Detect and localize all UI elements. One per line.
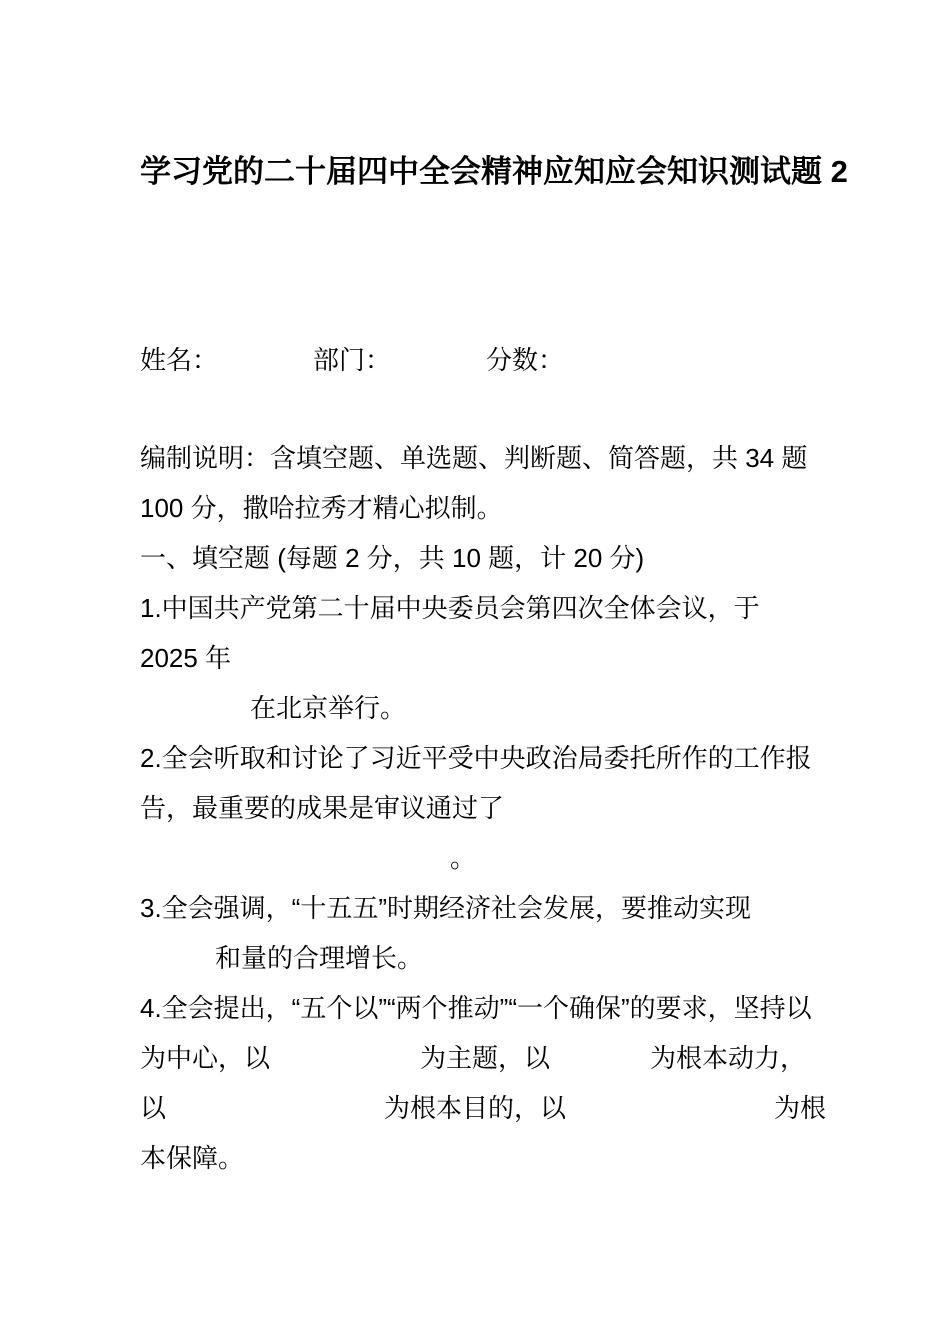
- question4-line-2-seg-c: 为根本动力，: [650, 1043, 806, 1073]
- question4-line-3-seg-c: 为根: [774, 1093, 826, 1123]
- name-field-label: 姓名：: [140, 345, 218, 375]
- question1-line-1: 1.中国共产党第二十届中央委员会第四次全体会议，于: [140, 583, 814, 633]
- score-field-label: 分数：: [486, 345, 564, 375]
- question4-line-3-seg-a: 以: [140, 1093, 166, 1123]
- question3-line-1: 3.全会强调，“十五五”时期经济社会发展，要推动实现: [140, 883, 814, 933]
- header-fields-row: 姓名：部门：分数：: [140, 335, 814, 385]
- question2-line-1: 2.全会听取和讨论了习近平受中央政治局委托所作的工作报: [140, 733, 814, 783]
- department-field-label: 部门：: [313, 345, 391, 375]
- intro-line-1: 编制说明：含填空题、单选题、判断题、简答题，共 34 题: [140, 433, 814, 483]
- question2-line-3: 。: [140, 833, 814, 883]
- question4-line-2-seg-a: 为中心，以: [140, 1043, 270, 1073]
- intro-line-2: 100 分，撒哈拉秀才精心拟制。: [140, 483, 814, 533]
- question2-line-2: 告，最重要的成果是审议通过了: [140, 783, 814, 833]
- document-title: 学习党的二十届四中全会精神应知应会知识测试题 2: [140, 150, 814, 194]
- question1-line-3: 在北京举行。: [140, 683, 814, 733]
- question4-line-2: 为中心，以为主题，以为根本动力，: [140, 1033, 814, 1083]
- question4-line-3: 以为根本目的，以为根: [140, 1083, 814, 1133]
- question4-blank-fundamental-guarantee: [566, 1116, 774, 1117]
- document-page: 学习党的二十届四中全会精神应知应会知识测试题 2 姓名：部门：分数： 编制说明：…: [0, 0, 950, 1344]
- question4-line-4: 本保障。: [140, 1133, 814, 1183]
- document-body: 编制说明：含填空题、单选题、判断题、简答题，共 34 题 100 分，撒哈拉秀才…: [140, 433, 814, 1183]
- question4-blank-fundamental-purpose: [166, 1116, 384, 1117]
- question4-line-1: 4.全会提出，“五个以”“两个推动”“一个确保”的要求，坚持以: [140, 983, 814, 1033]
- question4-line-3-seg-b: 为根本目的，以: [384, 1093, 566, 1123]
- name-field-blank: [218, 368, 313, 369]
- department-field-blank: [391, 368, 486, 369]
- question3-line-2: 和量的合理增长。: [140, 933, 814, 983]
- section1-heading: 一、填空题 (每题 2 分，共 10 题，计 20 分): [140, 533, 814, 583]
- question4-line-2-seg-b: 为主题，以: [420, 1043, 550, 1073]
- question4-blank-driving-force: [550, 1066, 650, 1067]
- question1-line-2: 2025 年: [140, 633, 814, 683]
- question4-blank-theme: [270, 1066, 420, 1067]
